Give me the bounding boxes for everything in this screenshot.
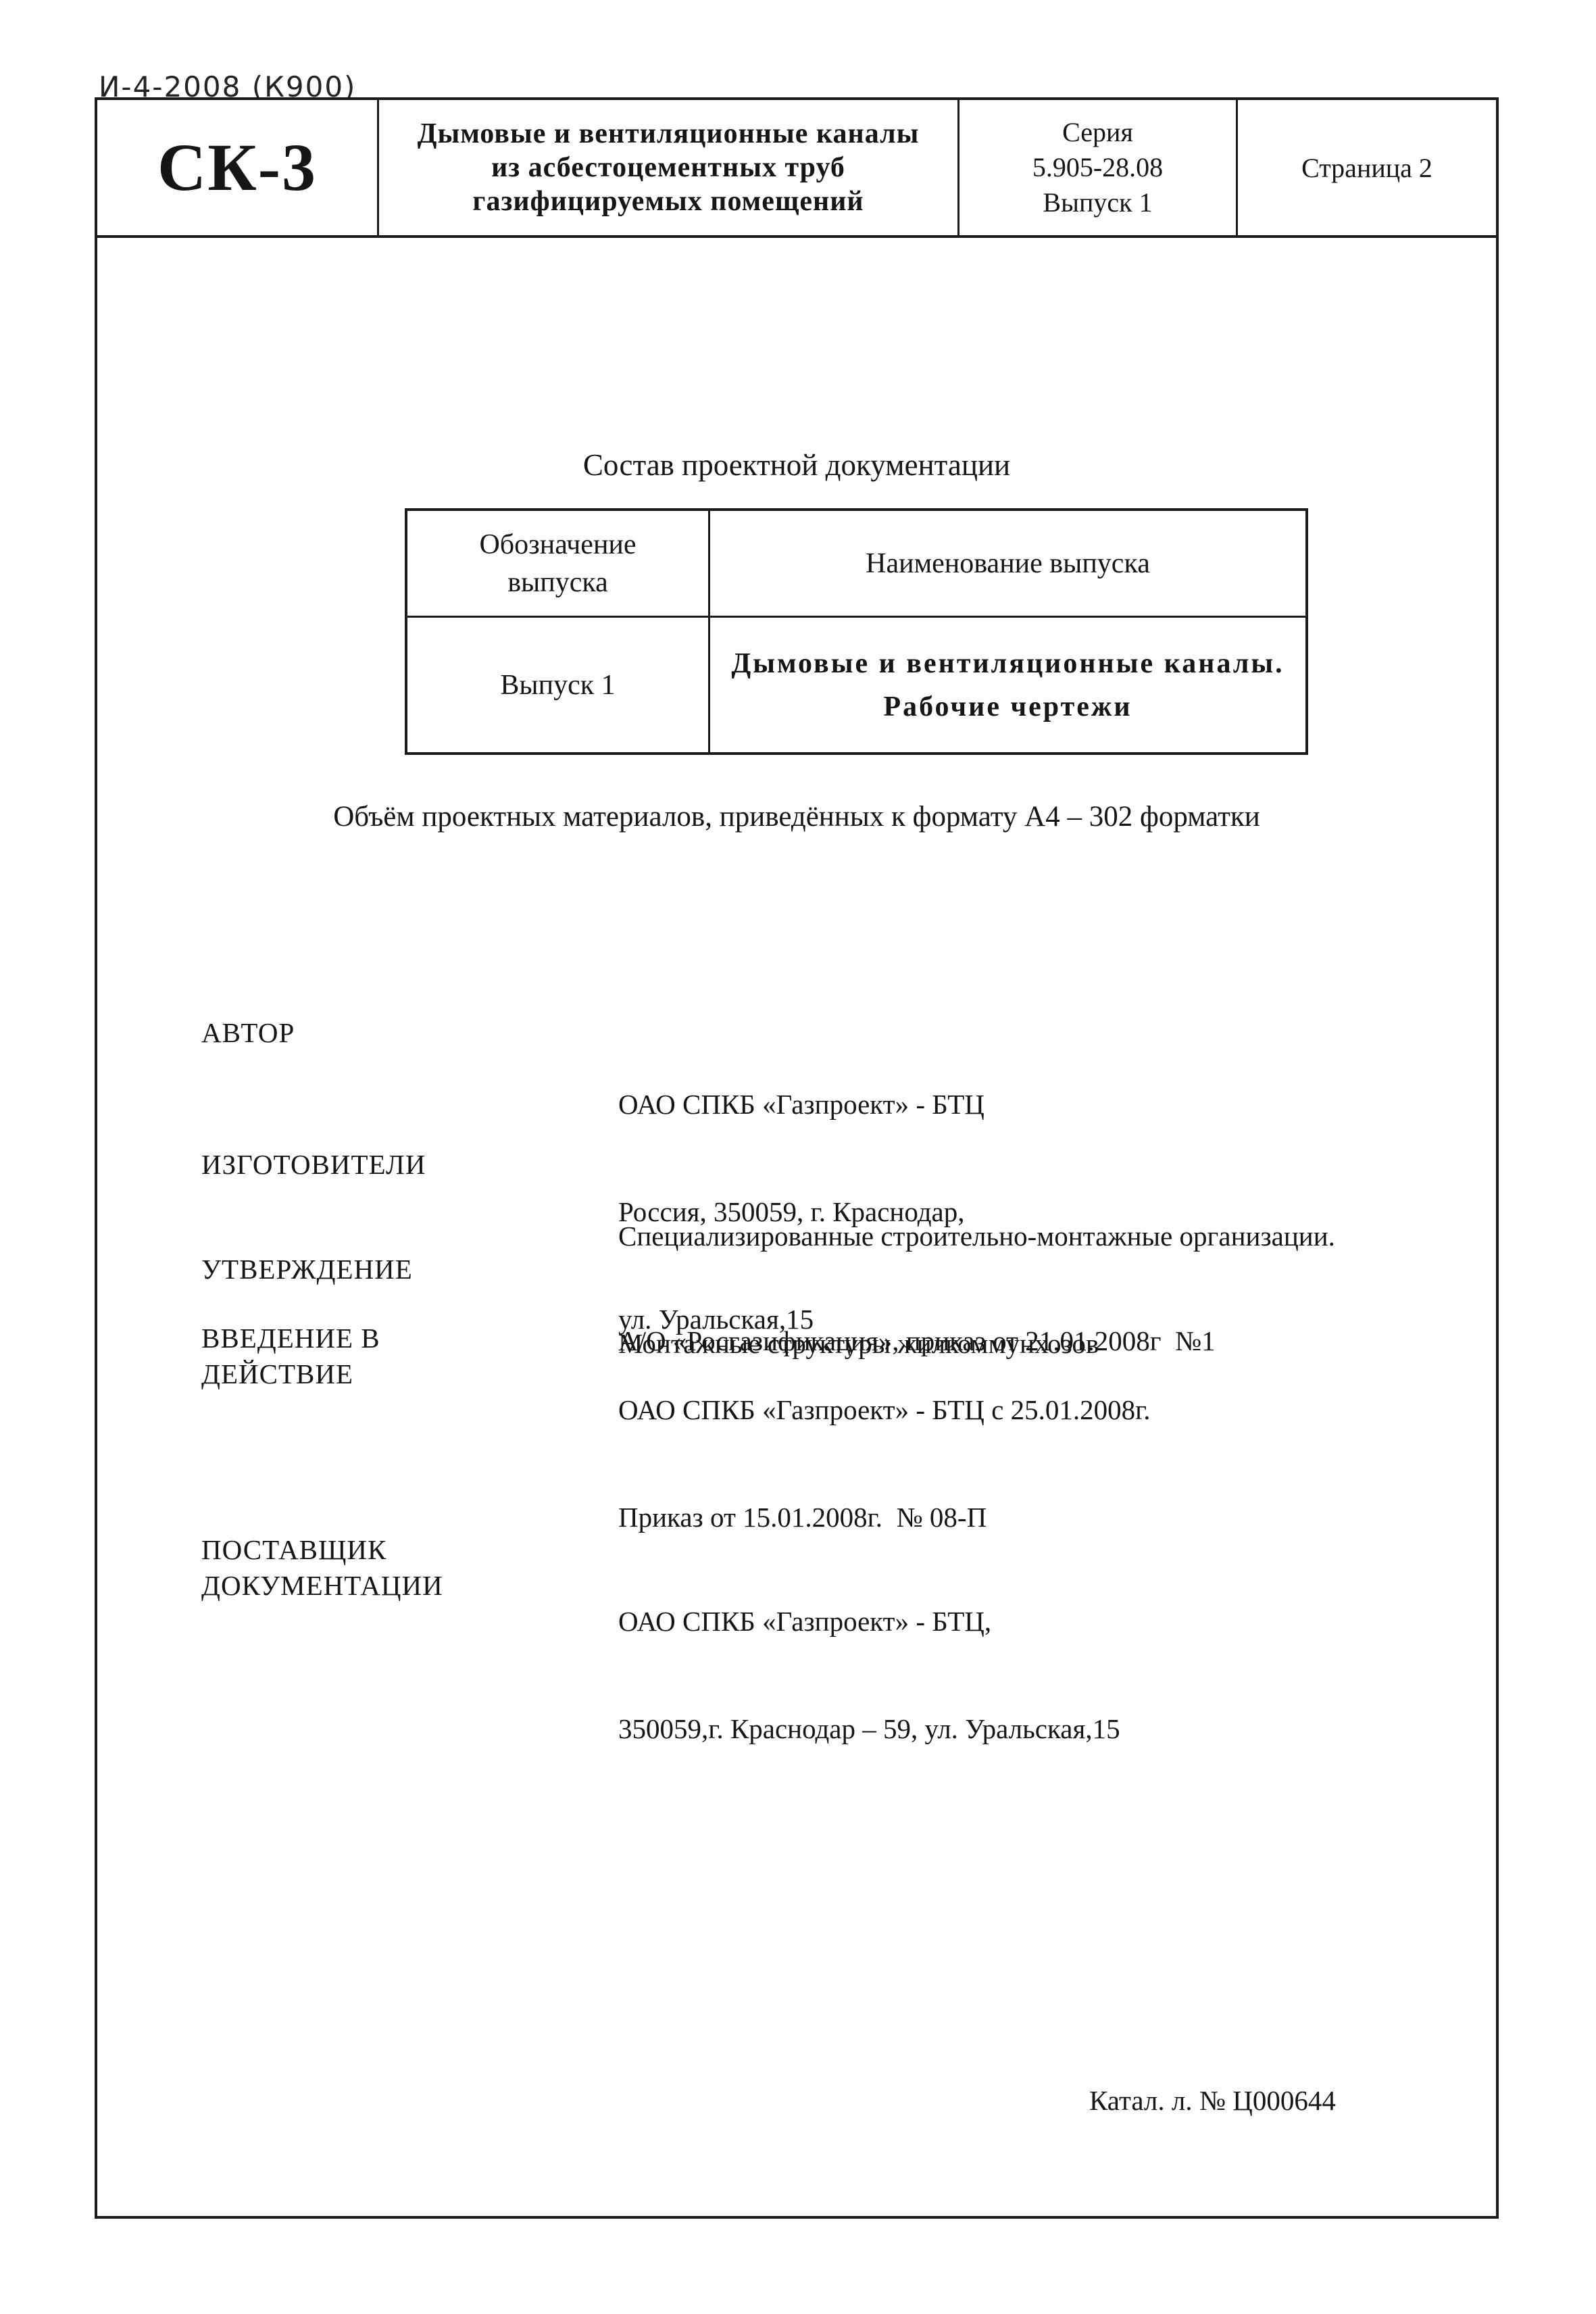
section-label: ПОСТАВЩИК ДОКУМЕНТАЦИИ xyxy=(201,1532,618,1604)
stamp-title-line: газифицируемых помещений xyxy=(472,184,864,218)
series-number: 5.905-28.08 xyxy=(1032,150,1163,185)
stamp-cell-series: Серия 5.905-28.08 Выпуск 1 xyxy=(959,100,1238,235)
section-label: ВВЕДЕНИЕ В ДЕЙСТВИЕ xyxy=(201,1321,618,1392)
issue-name-line: Дымовые и вентиляционные каналы. xyxy=(731,642,1284,685)
composition-title: Состав проектной документации xyxy=(97,447,1496,483)
section-value: ОАО СПКБ «Газпроект» - БТЦ, 350059,г. Кр… xyxy=(618,1532,1455,1819)
composition-table: Обозначение выпуска Наименование выпуска… xyxy=(405,508,1308,755)
document-content-frame: Состав проектной документации Обозначени… xyxy=(95,235,1499,2219)
column-header: Обозначение выпуска xyxy=(428,526,688,601)
composition-table-header-name: Наименование выпуска xyxy=(710,511,1305,618)
stamp-title-line: Дымовые и вентиляционные каналы xyxy=(418,117,920,151)
composition-table-header-issue: Обозначение выпуска xyxy=(407,511,710,618)
page-number-label: Страница 2 xyxy=(1301,152,1432,184)
catalog-sheet-number: Катал. л. № Ц000644 xyxy=(1089,2084,1336,2117)
issue-name-line: Рабочие чертежи xyxy=(883,685,1132,729)
scanned-document-page: И-4-2008 (К900) СК-3 Дымовые и вентиляци… xyxy=(0,0,1596,2314)
stamp-cell-title: Дымовые и вентиляционные каналы из асбес… xyxy=(379,100,959,235)
stamp-title-line: из асбестоцементных труб xyxy=(491,151,845,184)
section-label: АВТОР xyxy=(201,1015,618,1051)
series-issue: Выпуск 1 xyxy=(1043,185,1152,220)
series-label: Серия xyxy=(1062,115,1133,150)
section-label: УТВЕРЖДЕНИЕ xyxy=(201,1252,618,1287)
section-label: ИЗГОТОВИТЕЛИ xyxy=(201,1147,618,1183)
section-supplier: ПОСТАВЩИК ДОКУМЕНТАЦИИ ОАО СПКБ «Газпрое… xyxy=(201,1532,1455,1819)
table-row-name-cell: Дымовые и вентиляционные каналы. Рабочие… xyxy=(710,618,1305,752)
table-row-issue-cell: Выпуск 1 xyxy=(407,618,710,752)
issue-designation: Выпуск 1 xyxy=(500,666,615,704)
stamp-cell-album-code: СК-3 xyxy=(97,100,379,235)
title-stamp-table: СК-3 Дымовые и вентиляционные каналы из … xyxy=(95,97,1499,238)
column-header: Наименование выпуска xyxy=(866,545,1150,583)
stamp-cell-page: Страница 2 xyxy=(1238,100,1496,235)
album-code: СК-3 xyxy=(157,134,317,201)
volume-note: Объём проектных материалов, приведённых … xyxy=(97,800,1496,833)
